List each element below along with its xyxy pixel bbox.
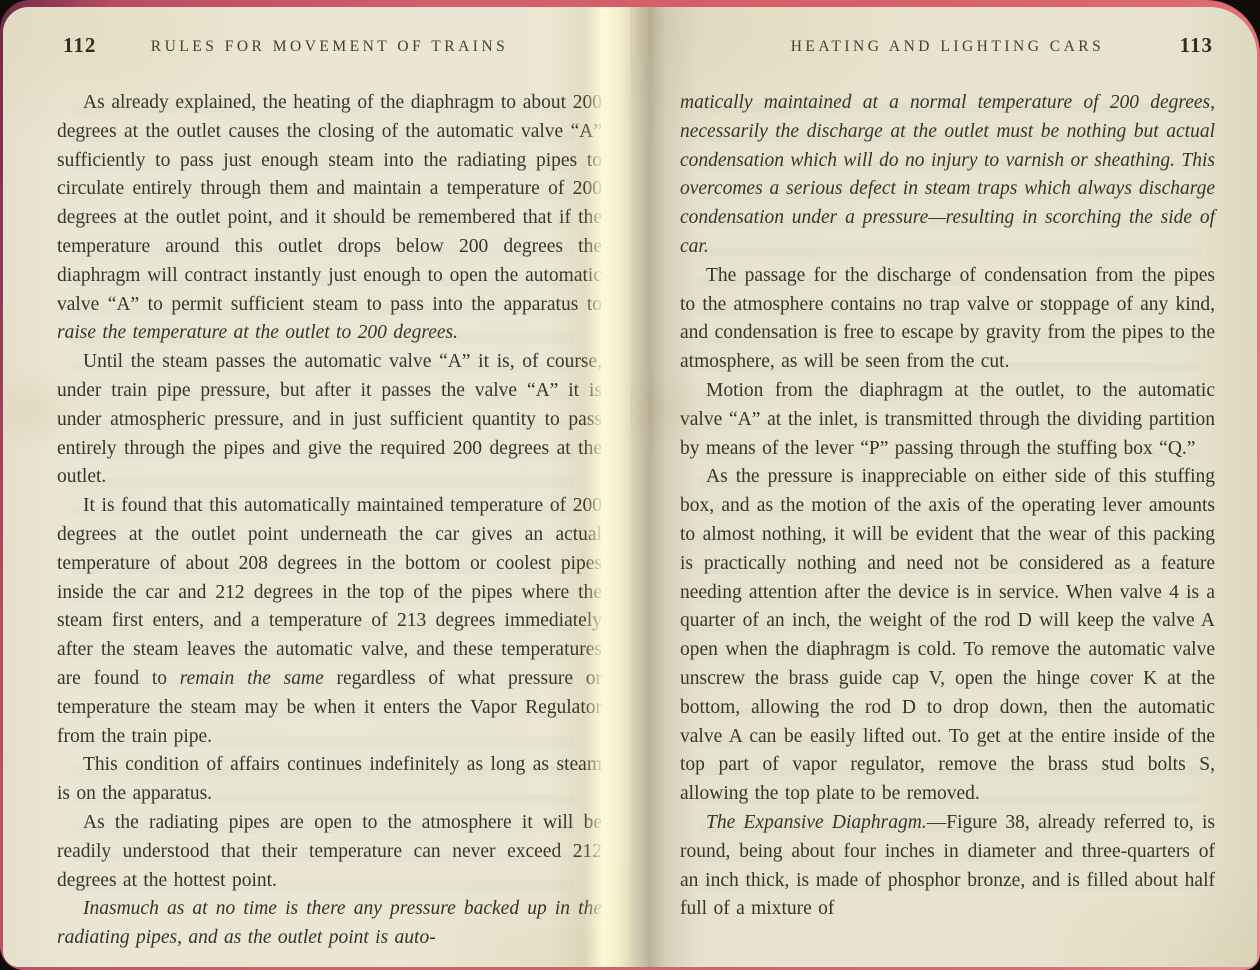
page-113-content: HEATING AND LIGHTING CARS 113 matically … [630,7,1257,967]
paragraph: The Expansive Diaphragm.—Figure 38, alre… [680,809,1215,924]
page-112-content: 112 RULES FOR MOVEMENT OF TRAINS As alre… [3,7,630,967]
body-text: It is found that this automatically main… [57,495,602,689]
italic-text: matically maintained at a normal tempera… [680,92,1215,257]
body-text: Until the steam passes the automatic val… [57,351,602,487]
running-title-right: HEATING AND LIGHTING CARS [680,38,1215,56]
body-text: This condition of affairs continues inde… [57,754,602,804]
paragraph: This condition of affairs continues inde… [57,751,602,809]
paragraph: As already explained, the heating of the… [57,89,602,348]
page-113: HEATING AND LIGHTING CARS 113 matically … [630,7,1257,967]
italic-text: The Expansive Diaphragm. [706,812,927,833]
body-text: As the pressure is inappreciable on eith… [680,466,1215,804]
body-text: The passage for the discharge of condens… [680,265,1215,372]
paragraph: Until the steam passes the automatic val… [57,348,602,492]
paragraph: Inasmuch as at no time is there any pres… [57,895,602,953]
paragraph: The passage for the discharge of condens… [680,262,1215,377]
paragraph: matically maintained at a normal tempera… [680,89,1215,262]
running-title-left: RULES FOR MOVEMENT OF TRAINS [57,38,602,56]
page-number-right: 113 [1180,33,1213,58]
page-112: 112 RULES FOR MOVEMENT OF TRAINS As alre… [3,7,630,967]
page-body: matically maintained at a normal tempera… [680,89,1215,924]
paragraph: Motion from the diaphragm at the outlet,… [680,377,1215,463]
paragraph: As the radiating pipes are open to the a… [57,809,602,895]
running-head-left: 112 RULES FOR MOVEMENT OF TRAINS [57,7,602,64]
page-number-left: 112 [63,33,96,58]
open-book: 112 RULES FOR MOVEMENT OF TRAINS As alre… [3,7,1257,967]
paragraph: As the pressure is inappreciable on eith… [680,463,1215,809]
italic-text: Inasmuch as at no time is there any pres… [57,898,602,948]
body-text: As already explained, the heating of the… [57,92,602,315]
running-head-right: HEATING AND LIGHTING CARS 113 [680,7,1215,64]
body-text: As the radiating pipes are open to the a… [57,812,602,891]
page-body: As already explained, the heating of the… [57,89,602,953]
italic-text: raise the temperature at the outlet to 2… [57,322,458,343]
body-text: Motion from the diaphragm at the outlet,… [680,380,1215,459]
italic-text: remain the same [180,668,324,689]
book-scan: 112 RULES FOR MOVEMENT OF TRAINS As alre… [0,0,1260,970]
paragraph: It is found that this automatically main… [57,492,602,751]
